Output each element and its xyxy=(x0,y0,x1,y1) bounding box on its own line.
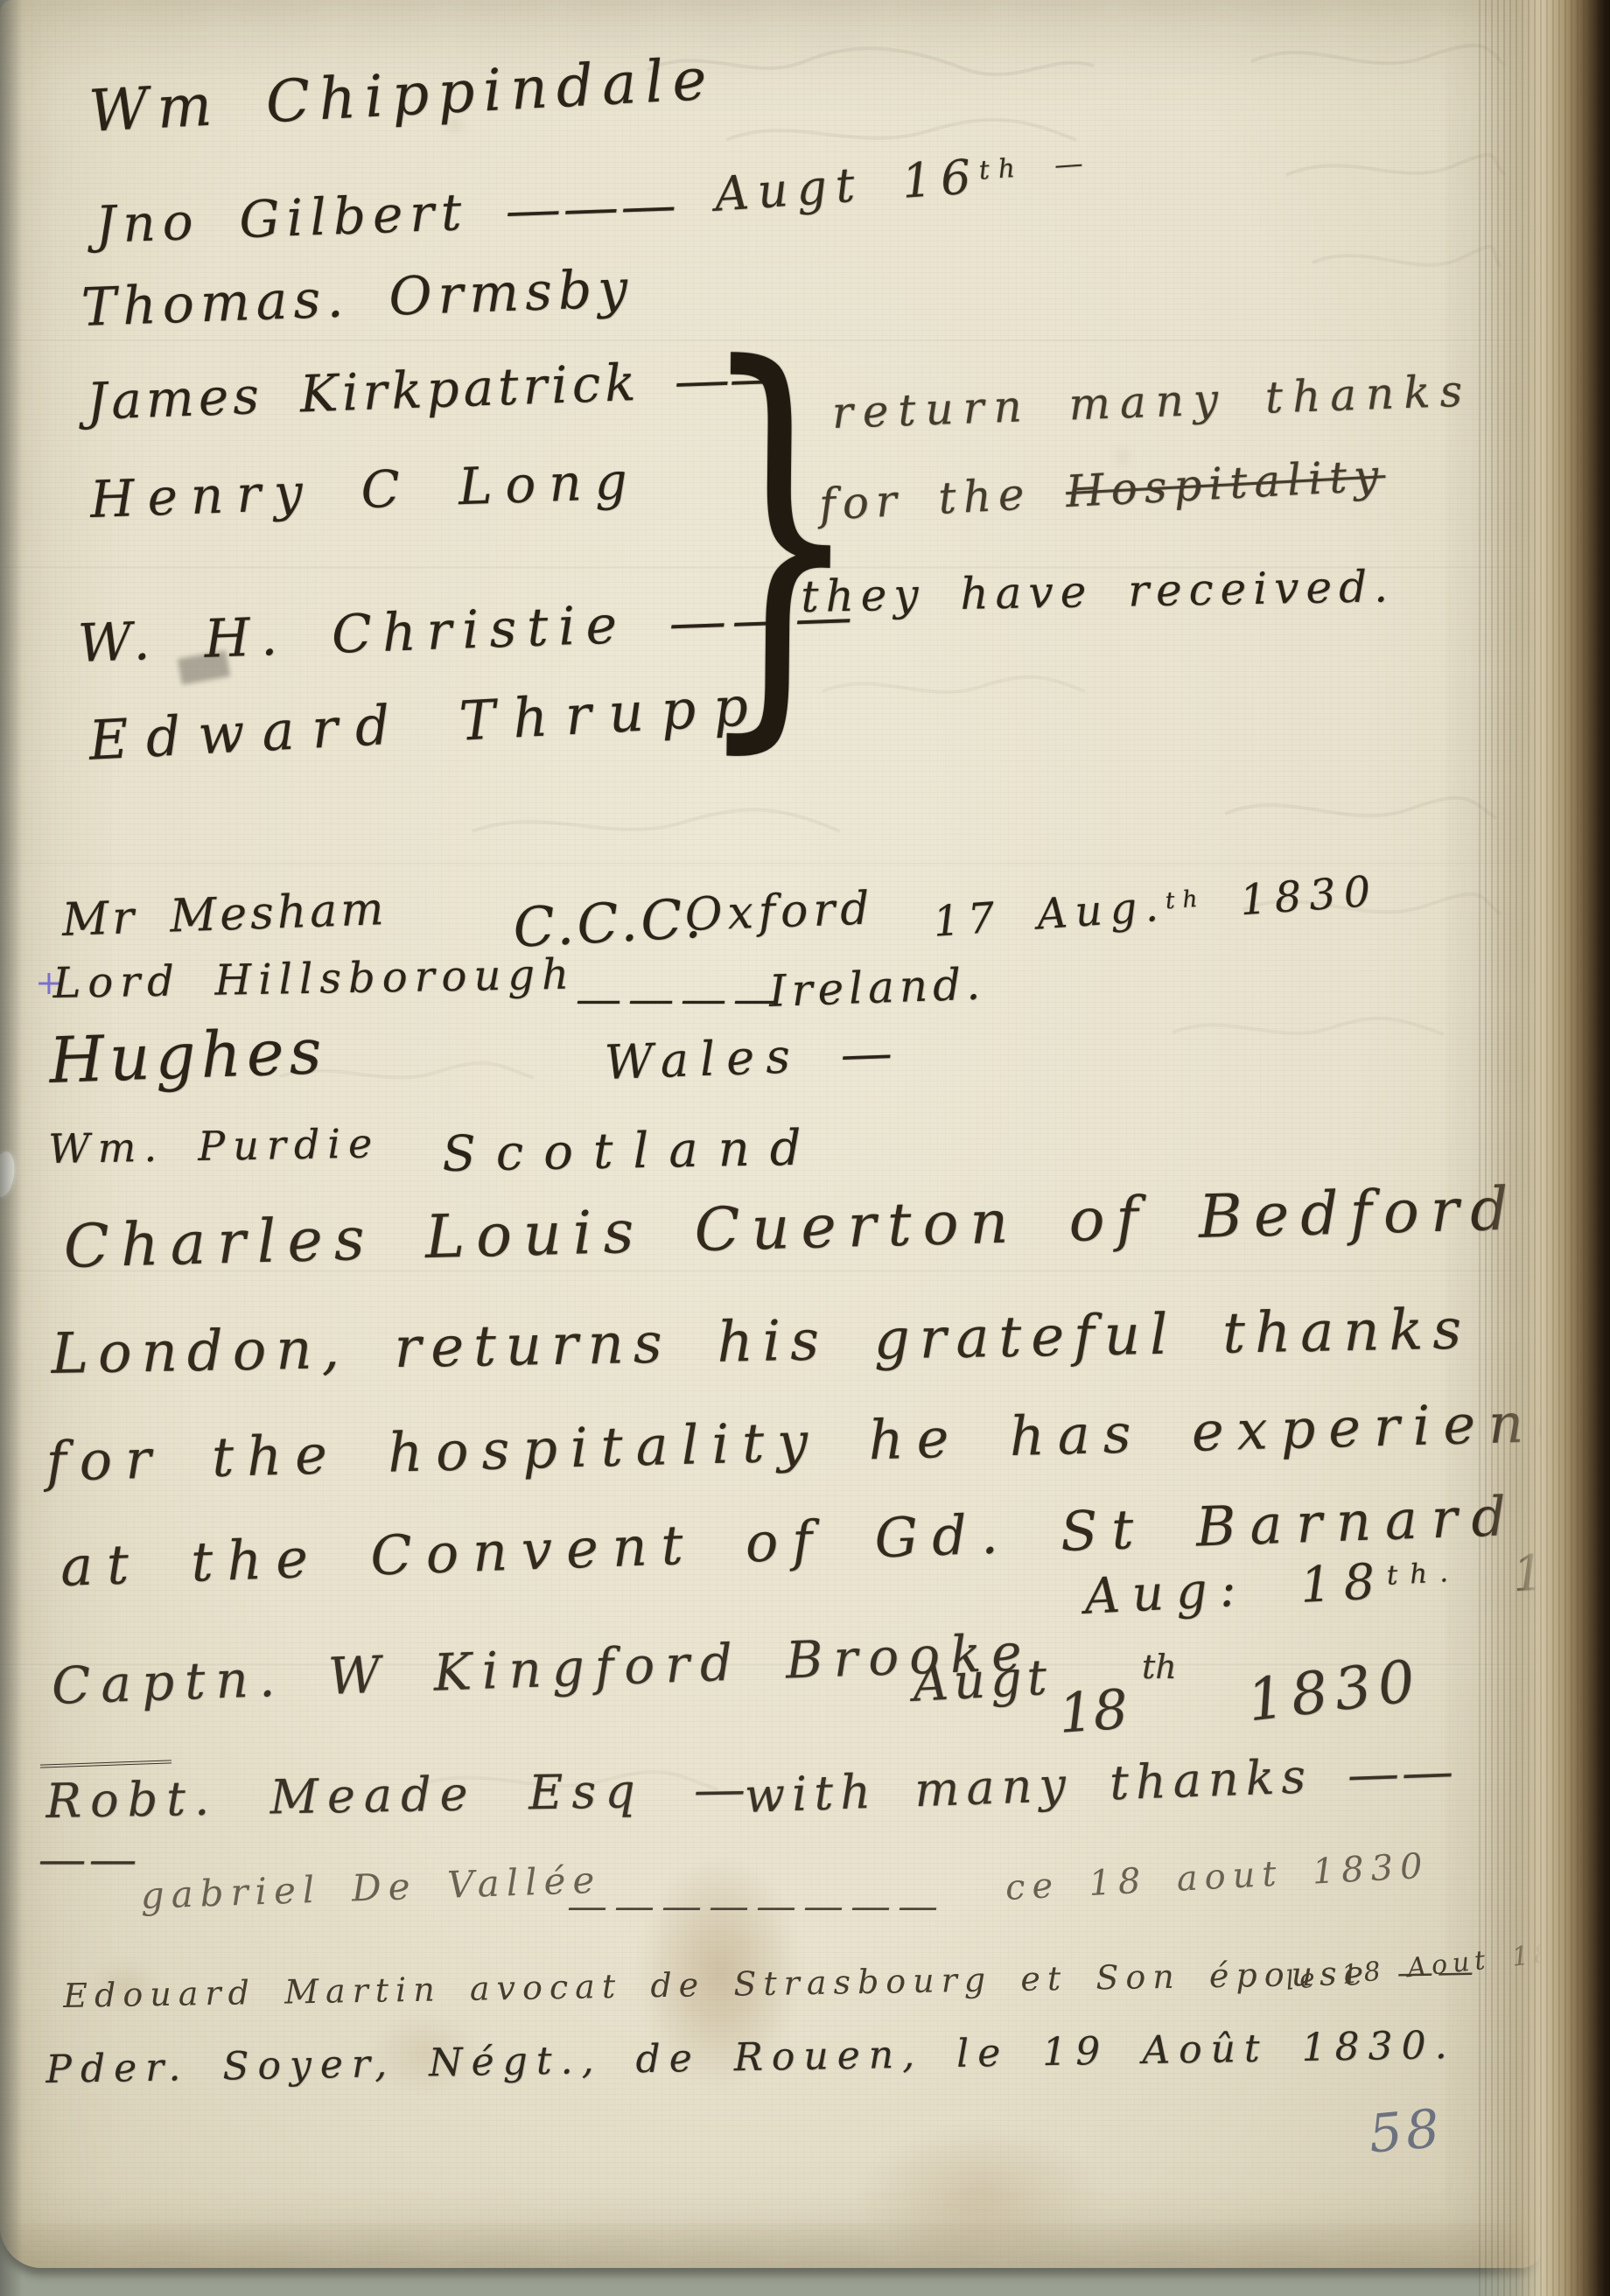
entry-date-aug16: Augt 16th ― xyxy=(713,145,1092,219)
signature-thrupp: Edward Thrupp xyxy=(87,678,766,767)
brooke-date-month: Augt xyxy=(912,1654,1053,1710)
signature-ormsby: Thomas. Ormsby xyxy=(80,262,634,334)
thanks-note-line3: they have received. xyxy=(801,564,1395,619)
date-ordinal: th xyxy=(1165,885,1207,914)
signature-mesham: Mr Mesham xyxy=(61,886,388,943)
signature-brooke: Captn. W Kingford Brooke xyxy=(51,1627,1032,1711)
signature-hillsborough: Lord Hillsborough xyxy=(52,954,576,1004)
manuscript-page: Wm Chippindale Jno Gilbert ――― Augt 16th… xyxy=(0,0,1543,2268)
date-ordinal: th. xyxy=(1386,1556,1461,1591)
hillsborough-place: Ireland. xyxy=(768,962,986,1013)
mesham-date: 17 Aug.th 1830 xyxy=(932,870,1380,942)
brooke-date-ordinal: th xyxy=(1142,1650,1177,1683)
mesham-college: C.C.C. xyxy=(512,892,706,955)
vallee-date: ce 18 aout 1830 xyxy=(1004,1849,1431,1906)
vallee-dash: ―――――――― xyxy=(569,1888,947,1925)
brooke-date-year: 1830 xyxy=(1244,1652,1425,1731)
date-text: 17 Aug. xyxy=(932,881,1168,946)
signature-meade: Robt. Meade Esq ― xyxy=(45,1766,752,1825)
signature-vallee: gabriel De Vallée xyxy=(140,1862,602,1914)
thanks-note-line2: for the Hospitality xyxy=(818,453,1387,527)
brooke-date-day: 18 xyxy=(1057,1682,1130,1740)
thanks-note-line1: return many thanks xyxy=(831,368,1473,435)
signature-purdie: Wm. Purdie xyxy=(48,1123,381,1169)
page-edge-notch xyxy=(0,1151,17,1199)
signature-martin: Edouard Martin avocat de Strasbourg et S… xyxy=(63,1955,1480,2012)
brooke-underline xyxy=(40,1760,171,1767)
purdie-place: Scotland xyxy=(442,1123,822,1179)
everton-line2: London, returns his grateful thanks xyxy=(51,1302,1472,1382)
date-text: Augt 16 xyxy=(713,149,982,222)
mesham-place: Oxford xyxy=(684,885,875,938)
page-number: 58 xyxy=(1367,2103,1445,2161)
hillsborough-dash: ―――― xyxy=(577,978,787,1020)
paper-stain xyxy=(857,2126,1102,2266)
date-text: Aug: 18 xyxy=(1083,1553,1389,1626)
signature-gilbert: Jno Gilbert ――― xyxy=(94,179,682,250)
signature-chippindale: Wm Chippindale xyxy=(87,51,717,141)
paper-stain xyxy=(1116,451,1129,462)
thanks-note-struck-word: Hospitality xyxy=(1065,450,1387,517)
scanned-page-background: Wm Chippindale Jno Gilbert ――― Augt 16th… xyxy=(0,0,1610,2296)
hughes-place: Wales ― xyxy=(604,1029,902,1087)
meade-dash-mark: ―― xyxy=(40,1837,142,1881)
paper-crease xyxy=(0,863,1543,865)
everton-line3: for the hospitality he has experienced xyxy=(45,1392,1610,1489)
date-dash: ― xyxy=(1023,148,1092,183)
date-ordinal: th xyxy=(978,152,1025,185)
signature-long: Henry C Long xyxy=(89,455,641,525)
meade-note: with many thanks ―― xyxy=(744,1748,1459,1820)
date-year: 1830 xyxy=(1204,866,1380,927)
book-page-edges xyxy=(1479,0,1610,2296)
signature-hughes: Hughes xyxy=(48,1019,328,1092)
signature-soyer: Pder. Soyer, Négt., de Rouen, le 19 Août… xyxy=(45,2026,1456,2089)
everton-line1: Charles Louis Cuerton of Bedford Row xyxy=(63,1174,1610,1277)
signature-kirkpatrick: James Kirkpatrick ―― xyxy=(86,352,787,427)
